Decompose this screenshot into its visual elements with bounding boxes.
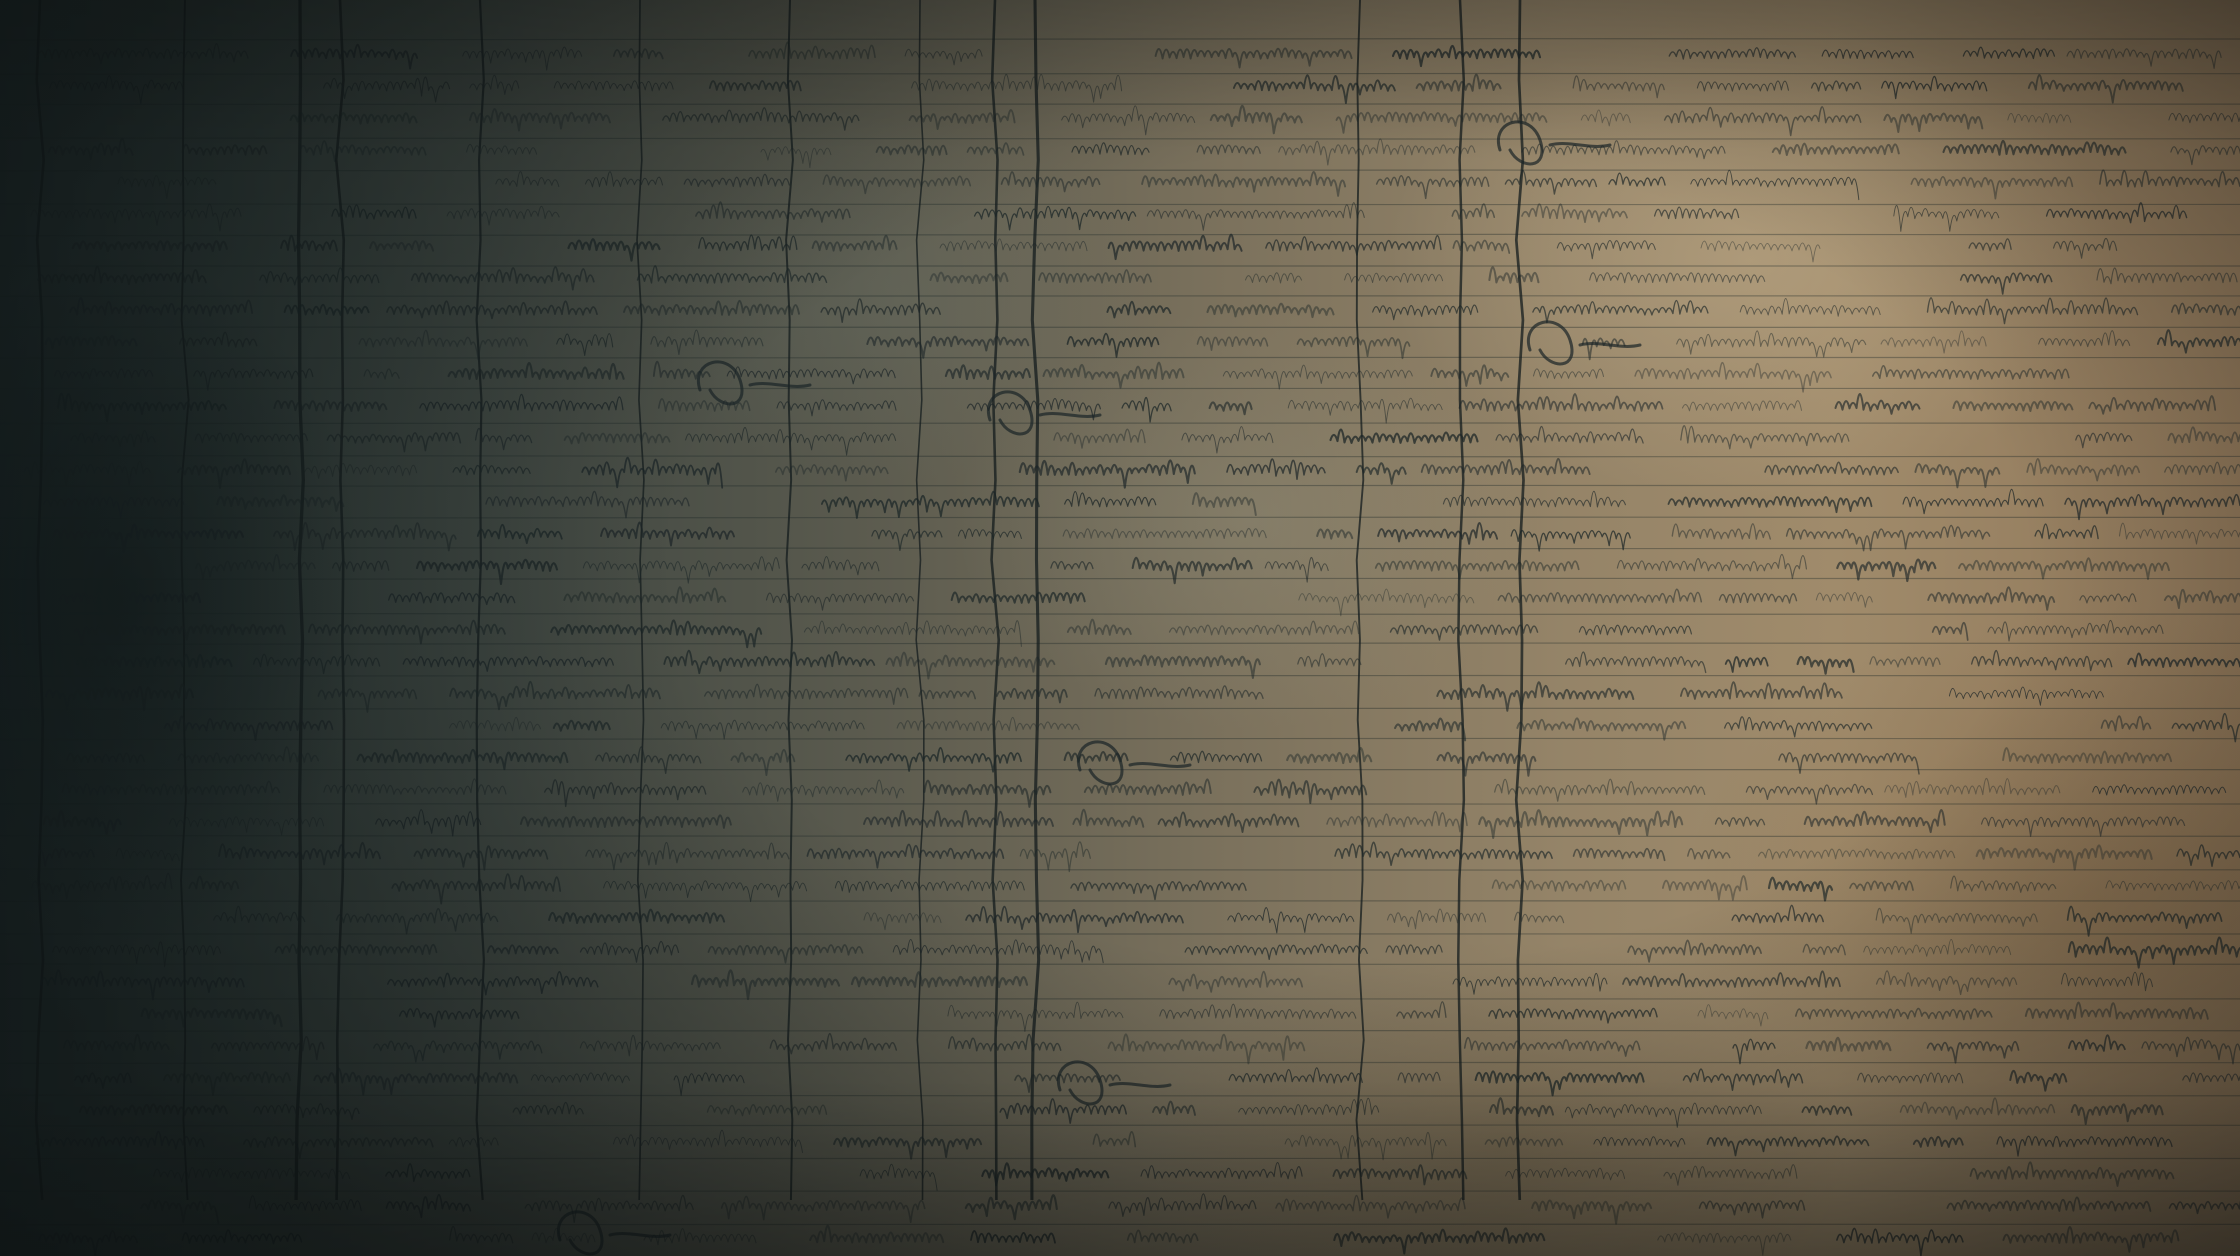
ink-layer — [0, 0, 2240, 1256]
manuscript-background — [0, 0, 2240, 1256]
handwriting-scribbles — [24, 42, 2240, 1255]
